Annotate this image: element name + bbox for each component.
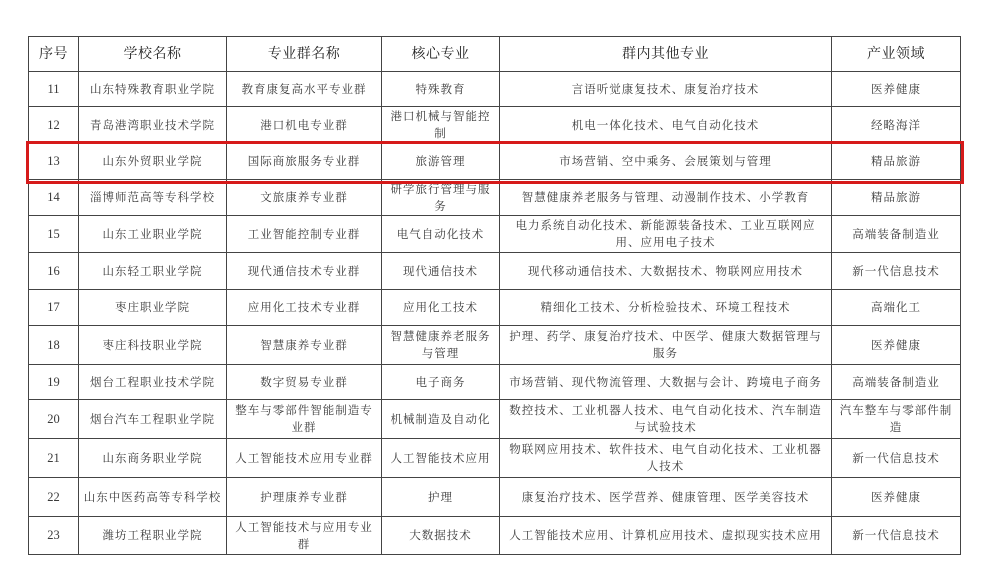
cell-group: 港口机电专业群 <box>227 107 382 144</box>
cell-others: 市场营销、空中乘务、会展策划与管理 <box>500 144 832 180</box>
cell-others: 市场营销、现代物流管理、大数据与会计、跨境电子商务 <box>500 365 832 400</box>
cell-no: 19 <box>29 365 79 400</box>
table-row: 18 枣庄科技职业学院 智慧康养专业群 智慧健康养老服务与管理 护理、药学、康复… <box>29 326 961 365</box>
cell-industry: 汽车整车与零部件制造 <box>832 400 961 439</box>
cell-no: 22 <box>29 478 79 517</box>
cell-industry: 精品旅游 <box>832 144 961 180</box>
cell-group: 人工智能技术与应用专业群 <box>227 517 382 555</box>
cell-others: 电力系统自动化技术、新能源装备技术、工业互联网应用、应用电子技术 <box>500 216 832 253</box>
cell-core: 护理 <box>382 478 500 517</box>
cell-no: 13 <box>29 144 79 180</box>
cell-core: 人工智能技术应用 <box>382 439 500 478</box>
cell-others: 现代移动通信技术、大数据技术、物联网应用技术 <box>500 253 832 290</box>
cell-no: 15 <box>29 216 79 253</box>
header-industry: 产业领域 <box>832 37 961 72</box>
cell-industry: 医养健康 <box>832 72 961 107</box>
cell-industry: 高端化工 <box>832 290 961 326</box>
table-row: 15 山东工业职业学院 工业智能控制专业群 电气自动化技术 电力系统自动化技术、… <box>29 216 961 253</box>
cell-school: 枣庄科技职业学院 <box>79 326 227 365</box>
header-school: 学校名称 <box>79 37 227 72</box>
cell-others: 数控技术、工业机器人技术、电气自动化技术、汽车制造与试验技术 <box>500 400 832 439</box>
table-row: 17 枣庄职业学院 应用化工技术专业群 应用化工技术 精细化工技术、分析检验技术… <box>29 290 961 326</box>
cell-others: 物联网应用技术、软件技术、电气自动化技术、工业机器人技术 <box>500 439 832 478</box>
cell-no: 23 <box>29 517 79 555</box>
cell-industry: 医养健康 <box>832 478 961 517</box>
cell-core: 大数据技术 <box>382 517 500 555</box>
cell-others: 机电一体化技术、电气自动化技术 <box>500 107 832 144</box>
table-row: 23 潍坊工程职业学院 人工智能技术与应用专业群 大数据技术 人工智能技术应用、… <box>29 517 961 555</box>
cell-industry: 新一代信息技术 <box>832 517 961 555</box>
cell-core: 机械制造及自动化 <box>382 400 500 439</box>
table-header-row: 序号 学校名称 专业群名称 核心专业 群内其他专业 产业领域 <box>29 37 961 72</box>
cell-group: 整车与零部件智能制造专业群 <box>227 400 382 439</box>
professional-group-table: 序号 学校名称 专业群名称 核心专业 群内其他专业 产业领域 11 山东特殊教育… <box>28 36 961 555</box>
cell-others: 康复治疗技术、医学营养、健康管理、医学美容技术 <box>500 478 832 517</box>
table-row: 11 山东特殊教育职业学院 教育康复高水平专业群 特殊教育 言语听觉康复技术、康… <box>29 72 961 107</box>
cell-core: 应用化工技术 <box>382 290 500 326</box>
cell-group: 工业智能控制专业群 <box>227 216 382 253</box>
cell-core: 特殊教育 <box>382 72 500 107</box>
cell-industry: 高端装备制造业 <box>832 365 961 400</box>
cell-no: 16 <box>29 253 79 290</box>
cell-school: 山东中医药高等专科学校 <box>79 478 227 517</box>
table-row: 16 山东轻工职业学院 现代通信技术专业群 现代通信技术 现代移动通信技术、大数… <box>29 253 961 290</box>
cell-no: 14 <box>29 180 79 216</box>
cell-industry: 新一代信息技术 <box>832 439 961 478</box>
cell-school: 烟台汽车工程职业学院 <box>79 400 227 439</box>
cell-school: 山东外贸职业学院 <box>79 144 227 180</box>
cell-core: 电气自动化技术 <box>382 216 500 253</box>
table-row: 12 青岛港湾职业技术学院 港口机电专业群 港口机械与智能控制 机电一体化技术、… <box>29 107 961 144</box>
cell-school: 枣庄职业学院 <box>79 290 227 326</box>
cell-school: 山东商务职业学院 <box>79 439 227 478</box>
cell-school: 烟台工程职业技术学院 <box>79 365 227 400</box>
cell-core: 现代通信技术 <box>382 253 500 290</box>
cell-industry: 医养健康 <box>832 326 961 365</box>
table-row: 14 淄博师范高等专科学校 文旅康养专业群 研学旅行管理与服务 智慧健康养老服务… <box>29 180 961 216</box>
table-row: 21 山东商务职业学院 人工智能技术应用专业群 人工智能技术应用 物联网应用技术… <box>29 439 961 478</box>
cell-no: 21 <box>29 439 79 478</box>
cell-others: 人工智能技术应用、计算机应用技术、虚拟现实技术应用 <box>500 517 832 555</box>
cell-group: 护理康养专业群 <box>227 478 382 517</box>
cell-core: 智慧健康养老服务与管理 <box>382 326 500 365</box>
cell-group: 国际商旅服务专业群 <box>227 144 382 180</box>
cell-no: 17 <box>29 290 79 326</box>
cell-core: 旅游管理 <box>382 144 500 180</box>
cell-industry: 新一代信息技术 <box>832 253 961 290</box>
cell-others: 护理、药学、康复治疗技术、中医学、健康大数据管理与服务 <box>500 326 832 365</box>
cell-school: 山东工业职业学院 <box>79 216 227 253</box>
cell-no: 11 <box>29 72 79 107</box>
cell-industry: 高端装备制造业 <box>832 216 961 253</box>
cell-industry: 精品旅游 <box>832 180 961 216</box>
cell-others: 精细化工技术、分析检验技术、环境工程技术 <box>500 290 832 326</box>
header-no: 序号 <box>29 37 79 72</box>
cell-group: 人工智能技术应用专业群 <box>227 439 382 478</box>
cell-group: 现代通信技术专业群 <box>227 253 382 290</box>
cell-group: 数字贸易专业群 <box>227 365 382 400</box>
cell-others: 智慧健康养老服务与管理、动漫制作技术、小学教育 <box>500 180 832 216</box>
cell-no: 12 <box>29 107 79 144</box>
cell-school: 青岛港湾职业技术学院 <box>79 107 227 144</box>
header-group: 专业群名称 <box>227 37 382 72</box>
cell-school: 淄博师范高等专科学校 <box>79 180 227 216</box>
table-row-highlighted: 13 山东外贸职业学院 国际商旅服务专业群 旅游管理 市场营销、空中乘务、会展策… <box>29 144 961 180</box>
table-row: 22 山东中医药高等专科学校 护理康养专业群 护理 康复治疗技术、医学营养、健康… <box>29 478 961 517</box>
cell-school: 潍坊工程职业学院 <box>79 517 227 555</box>
table-row: 20 烟台汽车工程职业学院 整车与零部件智能制造专业群 机械制造及自动化 数控技… <box>29 400 961 439</box>
cell-core: 港口机械与智能控制 <box>382 107 500 144</box>
cell-group: 智慧康养专业群 <box>227 326 382 365</box>
cell-others: 言语听觉康复技术、康复治疗技术 <box>500 72 832 107</box>
table-row: 19 烟台工程职业技术学院 数字贸易专业群 电子商务 市场营销、现代物流管理、大… <box>29 365 961 400</box>
cell-group: 文旅康养专业群 <box>227 180 382 216</box>
cell-no: 20 <box>29 400 79 439</box>
cell-group: 应用化工技术专业群 <box>227 290 382 326</box>
header-core: 核心专业 <box>382 37 500 72</box>
cell-core: 研学旅行管理与服务 <box>382 180 500 216</box>
cell-core: 电子商务 <box>382 365 500 400</box>
cell-industry: 经略海洋 <box>832 107 961 144</box>
cell-group: 教育康复高水平专业群 <box>227 72 382 107</box>
cell-no: 18 <box>29 326 79 365</box>
header-others: 群内其他专业 <box>500 37 832 72</box>
cell-school: 山东特殊教育职业学院 <box>79 72 227 107</box>
cell-school: 山东轻工职业学院 <box>79 253 227 290</box>
